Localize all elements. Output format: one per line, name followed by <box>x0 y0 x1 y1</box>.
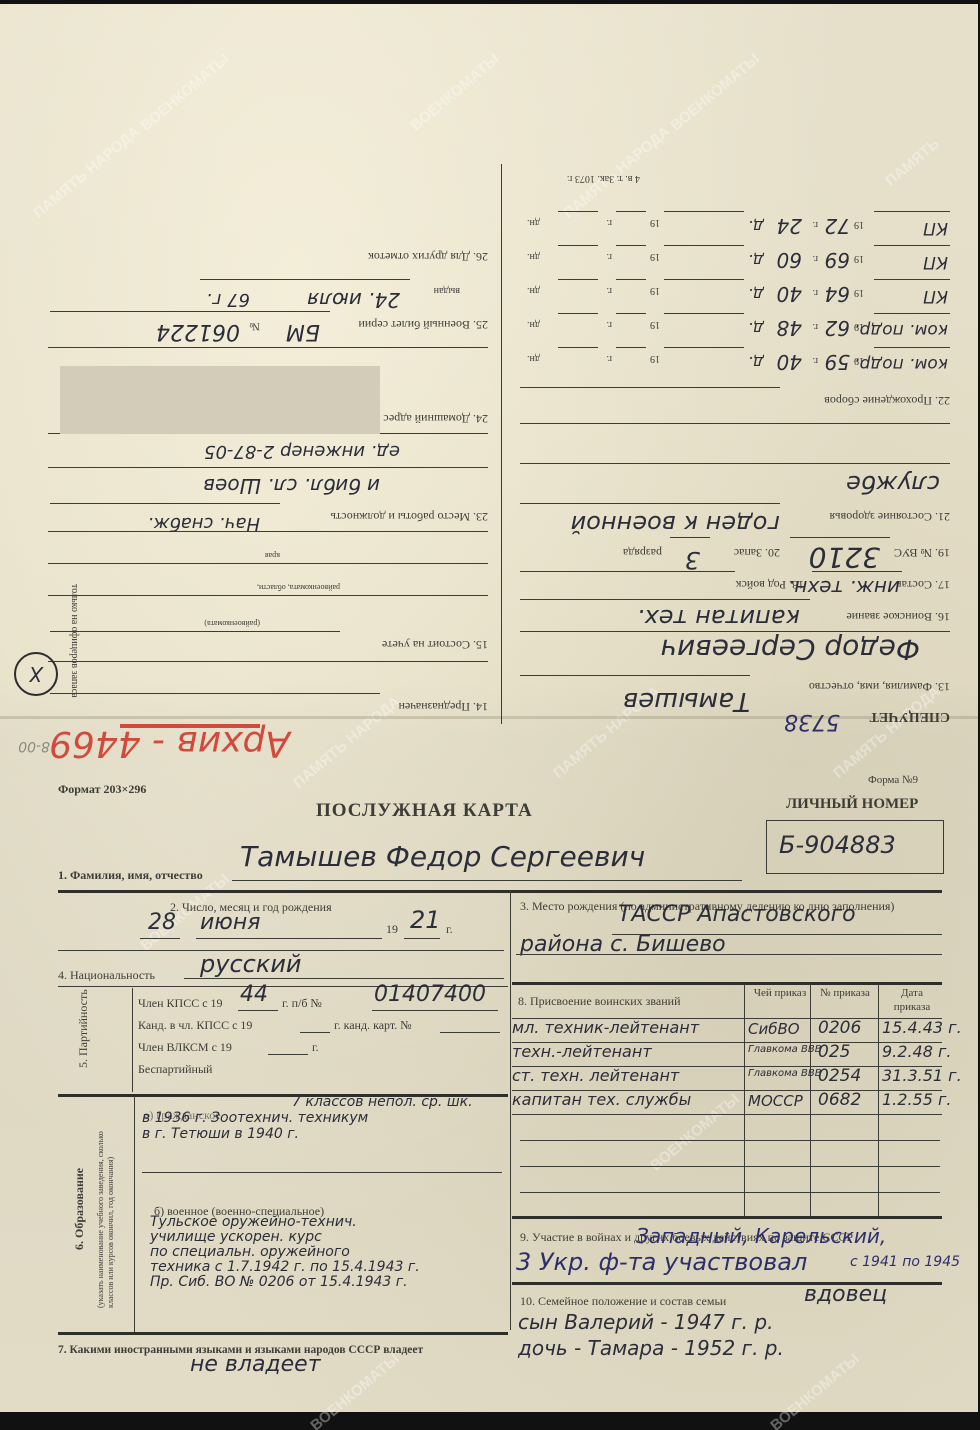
f25-issued-year: 67 г. <box>206 289 250 310</box>
order-by-cell: Главкома ВВВ <box>748 1068 822 1079</box>
f22-days: 60 <box>777 248 802 272</box>
spec-header: СПЕЦУЧЕТ <box>870 708 950 724</box>
row-line <box>520 1140 940 1141</box>
f22-days: 24 <box>777 214 802 238</box>
blank-dn: дн. <box>527 251 540 262</box>
f22-days: 40 <box>777 282 802 306</box>
f2-day: 28 <box>148 910 176 935</box>
row-line <box>520 1192 940 1193</box>
personal-number-box: Б-904883 <box>766 820 944 874</box>
row-line <box>512 1042 942 1043</box>
f25-issued-label: выдан <box>434 285 460 296</box>
f22-who: КП <box>923 218 948 238</box>
f22-year-suffix: г. <box>813 253 818 264</box>
f2-month: июня <box>200 910 260 935</box>
f22-year-prefix: 19 <box>854 253 864 264</box>
f22-days-suffix: д. <box>748 285 764 304</box>
civil-line: 7 классов непол. ср. шк. <box>292 1094 473 1110</box>
f1-value: Тамышев Федор Сергеевич <box>240 840 645 873</box>
format-label: Формат 203×296 <box>58 782 146 797</box>
f22-who: КП <box>923 286 948 306</box>
f22-year-suffix: г. <box>813 321 818 332</box>
row-line <box>874 279 950 280</box>
f21-line1: годен к военной <box>571 510 780 538</box>
order-by-cell: Главкома ВВВ <box>748 1044 822 1055</box>
row-line <box>520 1166 940 1167</box>
f9-period: с 1941 по 1945 <box>850 1254 960 1270</box>
f15-sub2: райвоенкомата, области, <box>257 583 340 592</box>
f22-year-suffix: г. <box>813 219 818 230</box>
f22-who: ком. подр. <box>854 320 948 340</box>
f17-value: инж. техн. <box>788 576 900 600</box>
party-year: 44 <box>240 982 268 1007</box>
order-date-cell: 31.3.51 г. <box>882 1066 962 1085</box>
row-line <box>664 211 744 212</box>
f19-value: 3210 <box>809 541 880 574</box>
f16-label: 16. Воинское звание <box>846 609 950 624</box>
card-back-side: СПЕЦУЧЕТ 5738 13. Фамилия, имя, отчество… <box>0 134 980 724</box>
red-underline <box>120 724 260 728</box>
f10-status: вдовец <box>804 1282 887 1307</box>
order-number-cell: 025 <box>818 1042 850 1062</box>
f22-year-suffix: г. <box>813 355 818 366</box>
f5-label: 5. Партийность <box>76 989 91 1068</box>
f2-year: 21 <box>410 906 441 934</box>
page-title: ПОСЛУЖНАЯ КАРТА <box>316 800 533 822</box>
blank-dn: дн. <box>527 353 540 364</box>
military-line: техника с 1.7.1942 г. по 15.4.1943 г. <box>150 1259 420 1275</box>
f24-label: 24. Домашний адрес <box>383 411 488 426</box>
blank-dn: дн. <box>527 285 540 296</box>
rank-cell: капитан тех. службы <box>512 1090 691 1109</box>
blank-g: г. <box>607 319 612 330</box>
row-line <box>874 347 950 348</box>
order-number-cell: 0682 <box>818 1090 861 1110</box>
circle-mark: Х <box>14 652 58 696</box>
row-line <box>558 245 598 246</box>
blank-year: 19 <box>650 251 660 262</box>
f25-number: 061224 <box>156 319 240 344</box>
f13-line1: Тамышев <box>623 686 750 716</box>
print-note: 4 в. т. Зак. 1073 г. <box>567 173 640 184</box>
row-line <box>558 211 598 212</box>
row-line <box>558 279 598 280</box>
blank-year: 19 <box>650 285 660 296</box>
f23-line1: Нач. снабж. <box>148 513 260 534</box>
f23-line3: ед. инженер 2-87-05 <box>204 441 400 462</box>
f22-year-suffix: г. <box>813 287 818 298</box>
f15-label: 15. Состоит на учете <box>382 637 488 652</box>
military-line: по специальн. оружейного <box>150 1244 350 1260</box>
row-line <box>664 245 744 246</box>
row-line <box>664 313 744 314</box>
blank-g: г. <box>607 353 612 364</box>
f25-issued: 24. июля <box>307 288 400 312</box>
order-by-cell: СибВО <box>748 1020 800 1038</box>
f22-year: 64 <box>825 282 850 306</box>
row-line <box>558 313 598 314</box>
f26-label: 26. Для других отметок <box>368 249 488 264</box>
f25-label: 25. Военный билет серии <box>358 317 488 332</box>
f15-sub1: (райвоенкомата) <box>204 619 260 628</box>
f21-line2: службе <box>846 470 940 498</box>
f22-year: 62 <box>825 316 850 340</box>
f1-label: 1. Фамилия, имя, отчество <box>58 868 203 883</box>
f15-sub3: края <box>265 551 280 560</box>
f22-days-suffix: д. <box>748 353 764 372</box>
row-line <box>512 1090 942 1091</box>
military-line: училище ускорен. курс <box>150 1229 322 1245</box>
side-note: только на офицеров запаса <box>69 584 80 698</box>
order-number-cell: 0206 <box>818 1018 861 1038</box>
f22-who: КП <box>923 252 948 272</box>
f22-who: ком. подр. <box>854 354 948 374</box>
f8-label: 8. Присвоение воинских званий <box>518 994 681 1009</box>
f6-hint: (указать наименование учебного заведения… <box>96 1128 116 1308</box>
f22-days: 40 <box>777 350 802 374</box>
f3-line1: ТАССР Апастовского <box>618 902 856 927</box>
f22-days: 48 <box>777 316 802 340</box>
f22-year: 72 <box>825 214 850 238</box>
f21-label: 21. Состояние здоровья <box>830 509 950 524</box>
f7-value: не владеет <box>190 1352 321 1377</box>
row-line <box>874 313 950 314</box>
f22-days-suffix: д. <box>748 319 764 338</box>
blank-g: г. <box>607 285 612 296</box>
row-line <box>616 245 646 246</box>
row-line <box>664 347 744 348</box>
f9-line2: 3 Укр. ф-та участвовал <box>516 1248 807 1276</box>
archive-stamp: Архив - 4469 <box>49 723 290 764</box>
civil-line: в г. Тетюши в 1940 г. <box>142 1126 299 1142</box>
form-label: Форма №9 <box>868 774 918 786</box>
row-line <box>558 347 598 348</box>
blank-dn: дн. <box>527 319 540 330</box>
rank-cell: ст. техн. лейтенант <box>512 1066 679 1085</box>
party-card: 01407400 <box>374 982 486 1007</box>
military-line: Тульское оружейно-технич. <box>150 1214 357 1230</box>
f22-days-suffix: д. <box>748 217 764 236</box>
f22-days-suffix: д. <box>748 251 764 270</box>
personal-number: Б-904883 <box>779 831 896 859</box>
f22-year-prefix: 19 <box>854 321 864 332</box>
order-number-cell: 0254 <box>818 1066 861 1086</box>
f25-series: БМ <box>286 319 320 344</box>
blank-year: 19 <box>650 353 660 364</box>
row-line <box>874 245 950 246</box>
f23-label: 23. Место работы и должность <box>330 509 488 524</box>
row-line <box>616 347 646 348</box>
family-member: сын Валерий - 1947 г. р. <box>518 1310 773 1334</box>
f9-line1: Западный, Карельский, <box>636 1224 886 1248</box>
order-date-cell: 1.2.55 г. <box>882 1090 951 1109</box>
f20-suffix: разряда <box>623 545 662 560</box>
f22-label: 22. Прохождение сборов <box>824 393 950 408</box>
row-line <box>512 1114 942 1115</box>
document-sheet: ПАМЯТЬ НАРОДА ВОЕНКОМАТЫ ВОЕНКОМАТЫ ПАМЯ… <box>0 4 978 1412</box>
spec-number: 5738 <box>784 709 840 734</box>
f22-year-prefix: 19 <box>854 219 864 230</box>
f22-year-prefix: 19 <box>854 355 864 366</box>
row-line <box>616 279 646 280</box>
f20-value: 3 <box>685 546 700 574</box>
f14-label: 14. Предназначен <box>399 699 488 714</box>
row-line <box>512 1066 942 1067</box>
row-line <box>616 211 646 212</box>
rank-cell: мл. техник-лейтенант <box>512 1018 699 1037</box>
personal-number-label: ЛИЧНЫЙ НОМЕР <box>786 796 918 813</box>
f19-label: 19. № ВУС <box>894 545 950 560</box>
f25-number-label: № <box>250 320 261 332</box>
f18-label: 18. Род войск <box>736 577 804 592</box>
row-line <box>874 211 950 212</box>
order-date-cell: 15.4.43 г. <box>882 1018 962 1037</box>
f16-value: капитан тех. <box>637 604 800 632</box>
rank-cell: техн.-лейтенант <box>512 1042 652 1061</box>
row-line <box>616 313 646 314</box>
f23-line2: и библ. сл. Шоев <box>203 474 380 498</box>
redacted-address <box>60 366 380 434</box>
f13-line2: Федор Сергеевич <box>661 633 920 666</box>
row-line <box>664 279 744 280</box>
f22-year: 69 <box>825 248 850 272</box>
pencil-note: 8-00 <box>18 738 50 754</box>
blank-g: г. <box>607 251 612 262</box>
blank-year: 19 <box>650 319 660 330</box>
blank-dn: дн. <box>527 217 540 228</box>
f22-year-prefix: 19 <box>854 287 864 298</box>
family-member: дочь - Тамара - 1952 г. р. <box>518 1336 784 1360</box>
f17-label: 17. Состав <box>896 577 950 592</box>
f6-label: 6. Образование <box>72 1168 87 1250</box>
order-by-cell: МОССР <box>748 1092 803 1110</box>
civil-line: в 1936 г. Зоотехнич. техникум <box>142 1110 368 1126</box>
f4-value: русский <box>200 950 302 978</box>
f4-label: 4. Национальность <box>58 968 155 983</box>
f10-label: 10. Семейное положение и состав семьи <box>520 1294 726 1309</box>
order-date-cell: 9.2.48 г. <box>882 1042 951 1061</box>
blank-year: 19 <box>650 217 660 228</box>
f22-year: 59 <box>825 350 850 374</box>
f13-label: 13. Фамилия, имя, отчество <box>809 679 950 694</box>
military-line: Пр. Сиб. ВО № 0206 от 15.4.1943 г. <box>150 1274 408 1290</box>
blank-g: г. <box>607 217 612 228</box>
f20-label: 20. Запас <box>734 545 780 560</box>
